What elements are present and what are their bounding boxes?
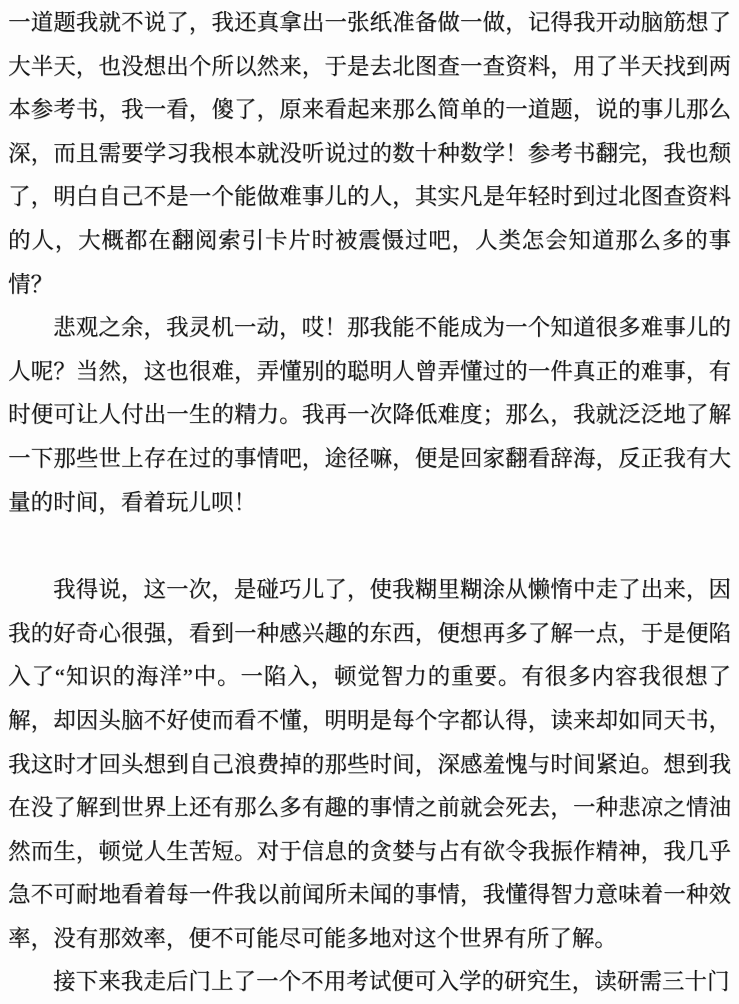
scanned-book-page: 一道题我就不说了，我还真拿出一张纸准备做一做，记得我开动脑筋想了大半天，也没想出… [0, 0, 739, 1004]
paragraph-continuation: 一道题我就不说了，我还真拿出一张纸准备做一做，记得我开动脑筋想了大半天，也没想出… [8, 1, 731, 306]
paragraph-pessimism-idea: 悲观之余，我灵机一动，哎！那我能不能成为一个知道很多难事儿的人呢？当然，这也很难… [8, 306, 731, 524]
paragraph-ocean-of-knowledge: 我得说，这一次，是碰巧儿了，使我糊里糊涂从懒惰中走了出来，因我的好奇心很强，看到… [8, 568, 731, 960]
paragraph-graduate-school: 接下来我走后门上了一个不用考试便可入学的研究生，读研需三十门 [8, 960, 731, 1004]
